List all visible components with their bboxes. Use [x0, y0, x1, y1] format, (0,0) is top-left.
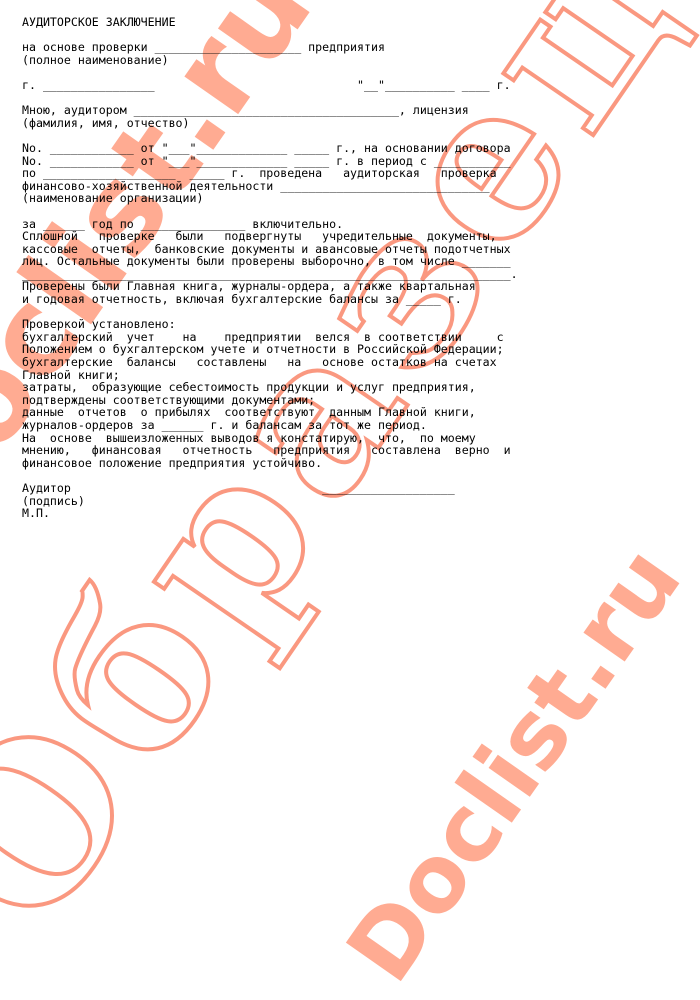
doc-line-auditor: Аудитор ___________________ — [22, 482, 518, 495]
doc-line: и годовая отчетность, включая бухгалтерс… — [22, 293, 518, 306]
doc-line-stamp: М.П. — [22, 507, 518, 520]
doc-line: Сплошной проверке были подвергнуты учред… — [22, 230, 518, 243]
document-page: Doclist.ru Образец Doclist.ru АУДИТОРСКО… — [0, 0, 700, 1000]
doc-line: бухгалтерские балансы составлены на осно… — [22, 356, 518, 369]
doc-line: Проверкой установлено: — [22, 318, 518, 331]
doc-line: финансовое положение предприятия устойчи… — [22, 457, 518, 470]
doc-line: No. ____________ от "___"_____________ _… — [22, 142, 518, 155]
doc-line: затраты, образующие себестоимость продук… — [22, 381, 518, 394]
watermark-doclist-bottom-icon: Doclist.ru — [326, 528, 700, 1000]
doc-line-signature: (подпись) — [22, 495, 518, 508]
doc-line: (полное наименование) — [22, 54, 518, 67]
doc-line: мнению, финансовая отчетность предприяти… — [22, 444, 518, 457]
doc-line: лиц. Остальные документы были проверены … — [22, 255, 518, 268]
doc-title: АУДИТОРСКОЕ ЗАКЛЮЧЕНИЕ — [22, 16, 518, 29]
document-text: АУДИТОРСКОЕ ЗАКЛЮЧЕНИЕ на основе проверк… — [22, 16, 518, 520]
doc-line: журналов-ордеров за ______ г. и балансам… — [22, 419, 518, 432]
doc-line — [22, 205, 518, 218]
doc-line: (фамилия, имя, отчество) — [22, 117, 518, 130]
doc-line: на основе проверки _____________________… — [22, 41, 518, 54]
doc-line: Мною, аудитором ________________________… — [22, 104, 518, 117]
doc-line: по ___________________ _____ г. проведен… — [22, 167, 518, 180]
doc-line: (наименование организации) — [22, 192, 518, 205]
doc-line: г. ________________ "__"__________ ____ … — [22, 79, 518, 92]
